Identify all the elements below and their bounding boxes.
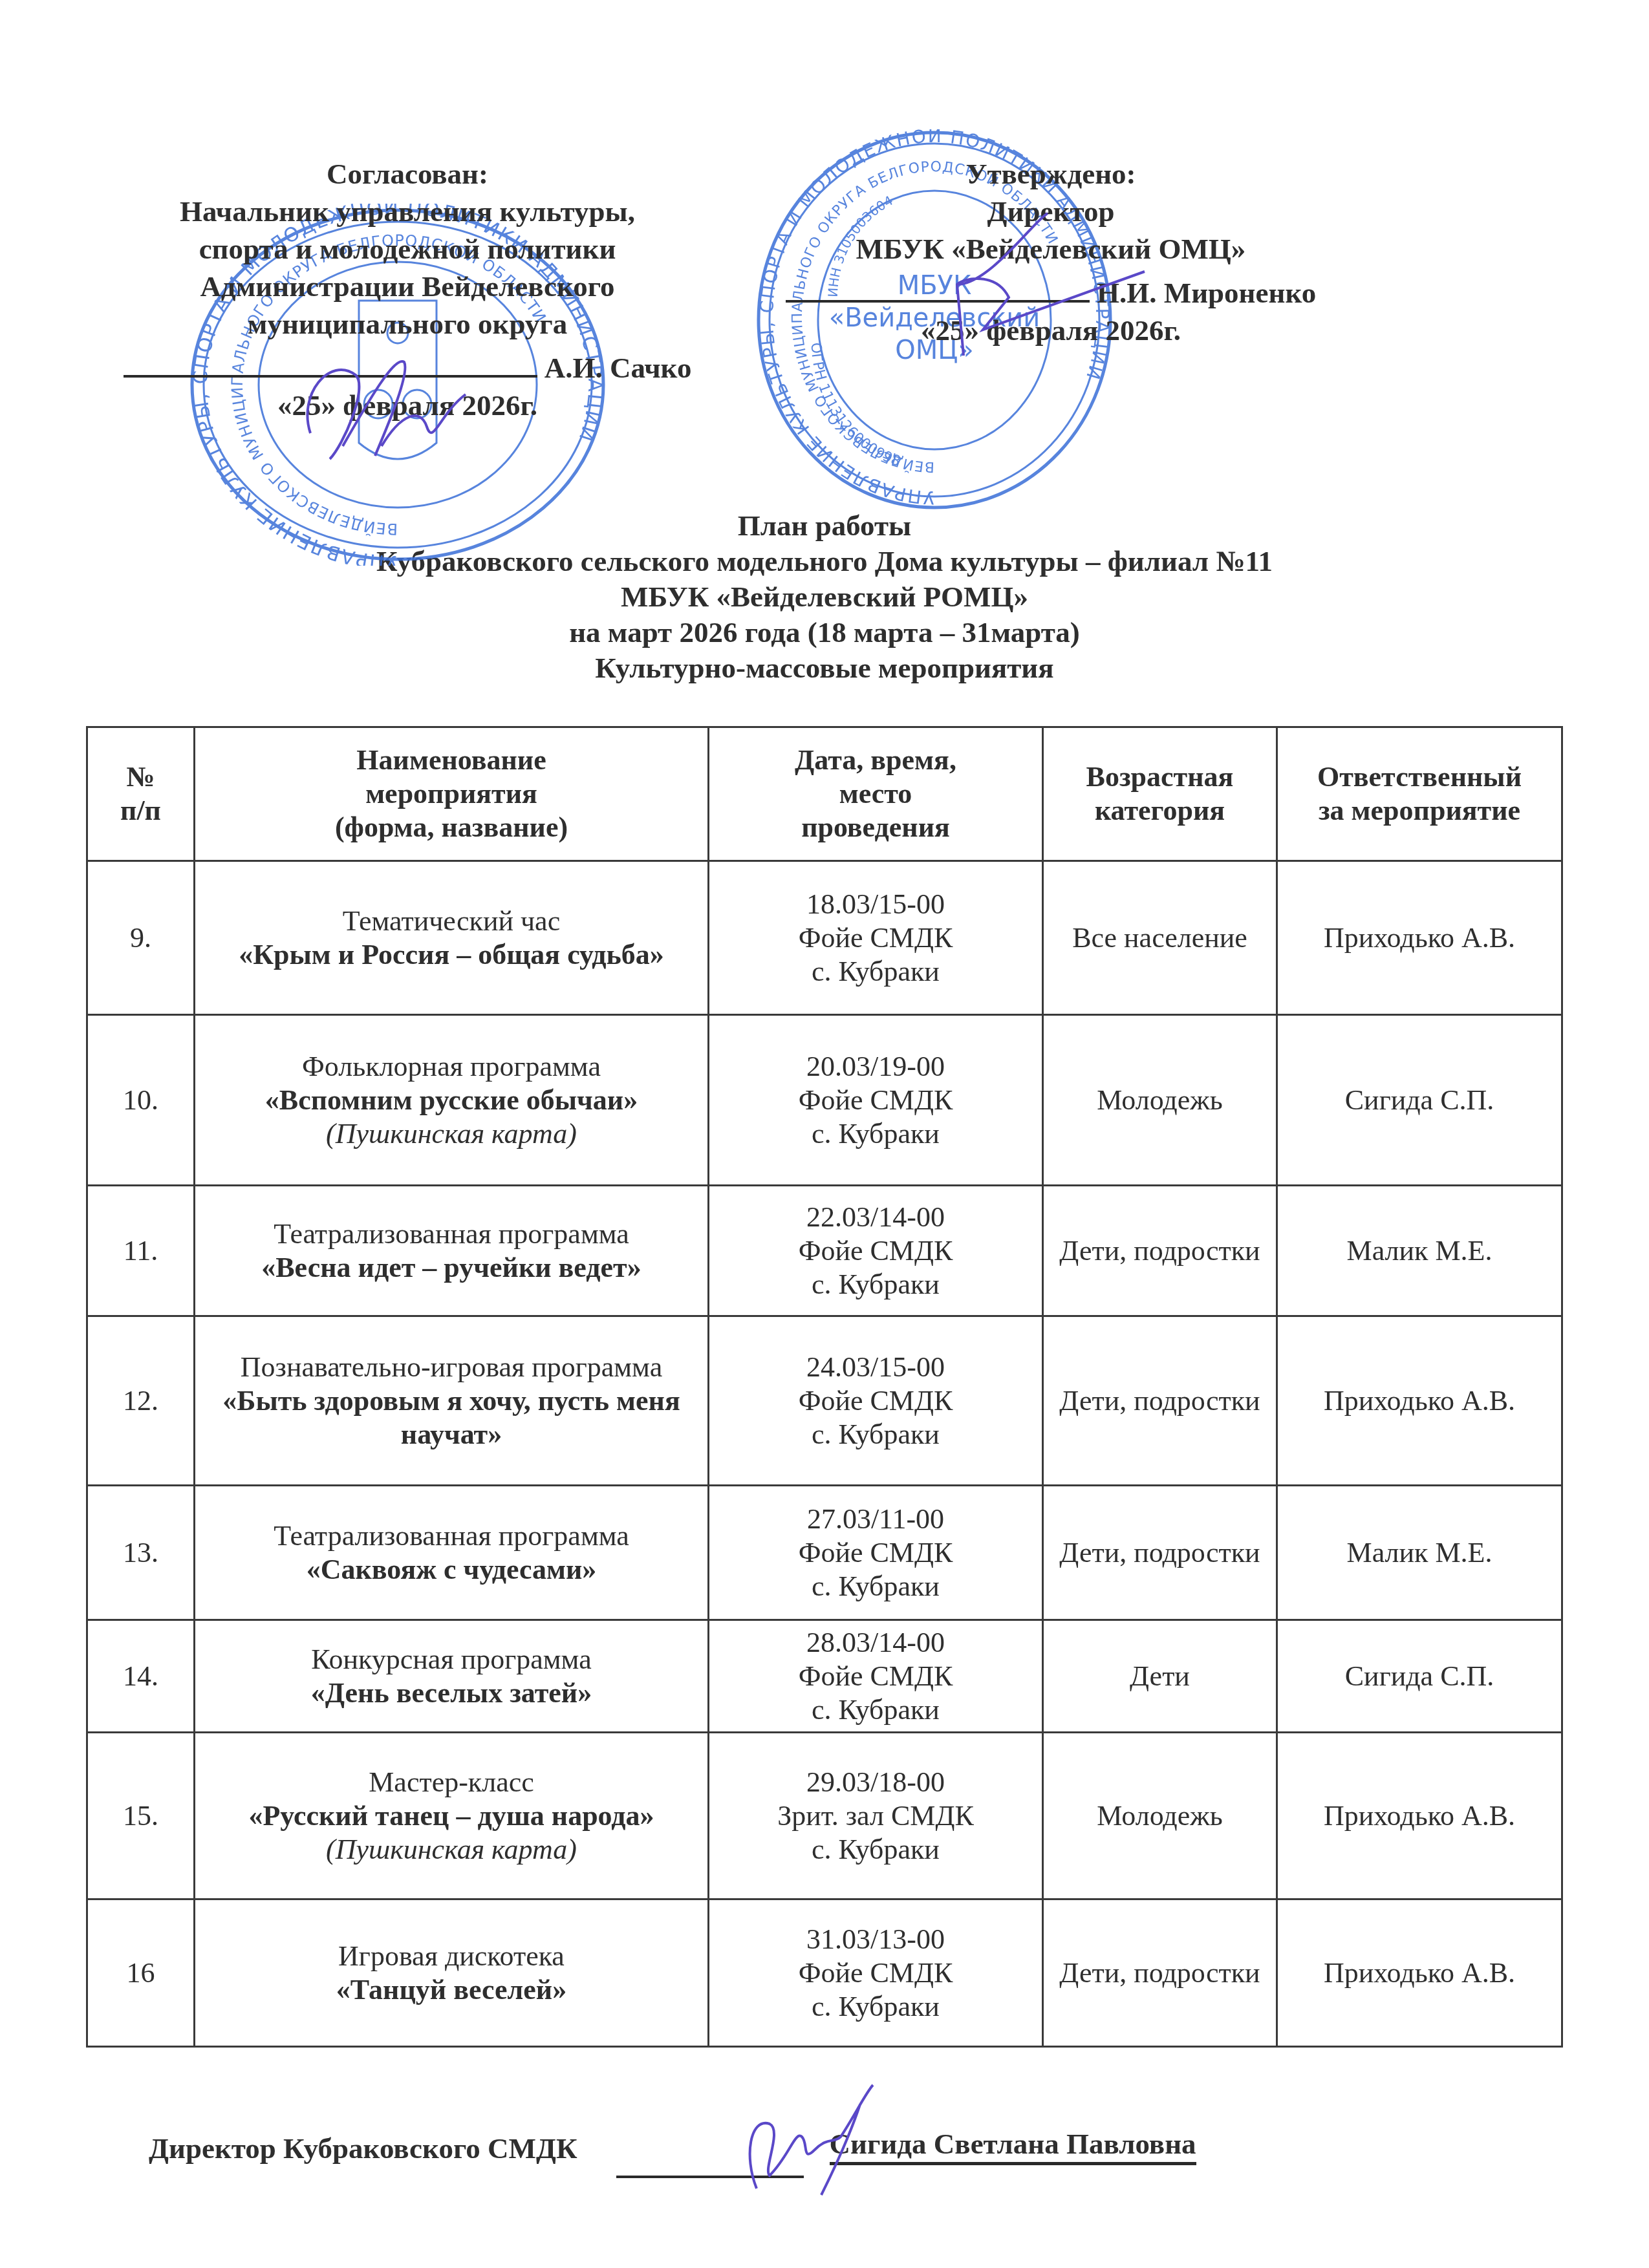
cell-responsible: Приходько А.В. — [1277, 1316, 1562, 1486]
cell-event: Тематический час «Крым и Россия – общая … — [195, 861, 709, 1015]
event-note: (Пушкинская карта) — [199, 1117, 704, 1151]
table-row: 12. Познавательно-игровая программа «Быт… — [87, 1316, 1562, 1486]
event-village: с. Кубраки — [713, 1117, 1038, 1151]
cell-age: Все население — [1072, 922, 1247, 954]
approval-left-heading: Согласован: — [97, 155, 718, 193]
cell-num: 11. — [124, 1235, 158, 1267]
cell-age-category: Дети, подростки — [1043, 1316, 1277, 1486]
cell-num: 15. — [123, 1800, 158, 1832]
cell-number: 12. — [87, 1316, 195, 1486]
header-number: №п/п — [87, 727, 195, 861]
cell-age-category: Все население — [1043, 861, 1277, 1015]
cell-responsible: Приходько А.В. — [1277, 1899, 1562, 2047]
cell-age-category: Дети, подростки — [1043, 1899, 1277, 2047]
cell-datetime-place: 18.03/15-00 Фойе СМДК с. Кубраки — [709, 861, 1043, 1015]
approval-left-signatory: А.И. Сачко — [544, 352, 692, 384]
title-line-3: МБУК «Вейделевский РОМЦ» — [97, 579, 1552, 615]
cell-number: 10. — [87, 1015, 195, 1186]
header-responsible: Ответственныйза мероприятие — [1277, 727, 1562, 861]
cell-responsible: Приходько А.В. — [1324, 1385, 1515, 1417]
cell-datetime-place: 29.03/18-00 Зрит. зал СМДК с. Кубраки — [709, 1733, 1043, 1899]
event-village: с. Кубраки — [713, 1990, 1038, 2024]
event-form: Конкурсная программа — [199, 1643, 704, 1676]
event-form: Тематический час — [199, 904, 704, 938]
cell-number: 13. — [87, 1486, 195, 1620]
handwritten-signature-left-icon — [272, 317, 479, 478]
footer-role: Директор Кубраковского СМДК — [149, 2132, 577, 2165]
cell-responsible: Приходько А.В. — [1324, 922, 1515, 954]
event-village: с. Кубраки — [713, 1268, 1038, 1301]
event-place: Фойе СМДК — [713, 921, 1038, 955]
cell-event: Театрализованная программа «Весна идет –… — [195, 1186, 709, 1316]
event-title: «Саквояж с чудесами» — [199, 1553, 704, 1587]
event-place: Фойе СМДК — [713, 1084, 1038, 1117]
event-title: «Весна идет – ручейки ведет» — [199, 1251, 704, 1285]
cell-age-category: Дети — [1043, 1620, 1277, 1733]
cell-age: Молодежь — [1097, 1084, 1223, 1116]
event-title: «Вспомним русские обычаи» — [199, 1084, 704, 1117]
cell-datetime-place: 20.03/19-00 Фойе СМДК с. Кубраки — [709, 1015, 1043, 1186]
cell-age: Дети — [1130, 1660, 1190, 1692]
event-form: Мастер-класс — [199, 1766, 704, 1799]
cell-age-category: Молодежь — [1043, 1015, 1277, 1186]
event-village: с. Кубраки — [713, 955, 1038, 989]
event-datetime: 27.03/11-00 — [713, 1503, 1038, 1536]
cell-responsible: Приходько А.В. — [1277, 1733, 1562, 1899]
event-datetime: 18.03/15-00 — [713, 888, 1038, 921]
header-age-category: Возрастнаякатегория — [1043, 727, 1277, 861]
cell-number: 9. — [87, 861, 195, 1015]
cell-num: 16 — [127, 1957, 155, 1989]
event-form: Театрализованная программа — [199, 1519, 704, 1553]
event-form: Игровая дискотека — [199, 1940, 704, 1973]
event-datetime: 20.03/19-00 — [713, 1050, 1038, 1084]
table-row: 15. Мастер-класс «Русский танец – душа н… — [87, 1733, 1562, 1899]
table-row: 11. Театрализованная программа «Весна ид… — [87, 1186, 1562, 1316]
cell-age-category: Молодежь — [1043, 1733, 1277, 1899]
cell-datetime-place: 27.03/11-00 Фойе СМДК с. Кубраки — [709, 1486, 1043, 1620]
cell-num: 10. — [123, 1084, 158, 1116]
cell-responsible: Малик М.Е. — [1347, 1537, 1493, 1568]
table-row: 14. Конкурсная программа «День веселых з… — [87, 1620, 1562, 1733]
event-title: «День веселых затей» — [199, 1676, 704, 1710]
cell-responsible: Малик М.Е. — [1277, 1186, 1562, 1316]
cell-event: Игровая дискотека «Танцуй веселей» — [195, 1899, 709, 2047]
event-datetime: 29.03/18-00 — [713, 1766, 1038, 1799]
cell-responsible: Сигида С.П. — [1277, 1015, 1562, 1186]
table-row: 10. Фольклорная программа «Вспомним русс… — [87, 1015, 1562, 1186]
table-header-row: №п/п Наименованиемероприятия(форма, назв… — [87, 727, 1562, 861]
cell-responsible: Сигида С.П. — [1345, 1084, 1494, 1116]
cell-responsible: Сигида С.П. — [1277, 1620, 1562, 1733]
event-title: «Русский танец – душа народа» — [199, 1799, 704, 1833]
event-place: Фойе СМДК — [713, 1660, 1038, 1693]
cell-num: 14. — [123, 1660, 158, 1692]
cell-number: 11. — [87, 1186, 195, 1316]
table-row: 16 Игровая дискотека «Танцуй веселей» 31… — [87, 1899, 1562, 2047]
handwritten-signature-right-icon — [886, 207, 1158, 375]
title-line-5: Культурно-массовые мероприятия — [97, 650, 1552, 686]
event-title: «Танцуй веселей» — [199, 1973, 704, 2007]
event-place: Зрит. зал СМДК — [713, 1799, 1038, 1833]
event-village: с. Кубраки — [713, 1418, 1038, 1451]
event-title: «Крым и Россия – общая судьба» — [199, 938, 704, 972]
cell-responsible: Приходько А.В. — [1324, 1800, 1515, 1832]
events-table: №п/п Наименованиемероприятия(форма, назв… — [86, 726, 1563, 2048]
cell-responsible: Малик М.Е. — [1347, 1235, 1493, 1267]
cell-responsible: Приходько А.В. — [1324, 1957, 1515, 1989]
cell-age: Молодежь — [1097, 1800, 1223, 1832]
event-place: Фойе СМДК — [713, 1384, 1038, 1418]
event-place: Фойе СМДК — [713, 1234, 1038, 1268]
cell-event: Мастер-класс «Русский танец – душа народ… — [195, 1733, 709, 1899]
approval-left-position-1: Начальник управления культуры, — [97, 193, 718, 230]
event-datetime: 22.03/14-00 — [713, 1201, 1038, 1234]
event-village: с. Кубраки — [713, 1833, 1038, 1867]
cell-event: Познавательно-игровая программа «Быть зд… — [195, 1316, 709, 1486]
cell-age-category: Дети, подростки — [1043, 1486, 1277, 1620]
event-place: Фойе СМДК — [713, 1956, 1038, 1990]
cell-datetime-place: 24.03/15-00 Фойе СМДК с. Кубраки — [709, 1316, 1043, 1486]
event-form: Фольклорная программа — [199, 1050, 704, 1084]
event-title: «Быть здоровым я хочу, пусть меня научат… — [199, 1384, 704, 1451]
title-line-4: на март 2026 года (18 марта – 31марта) — [97, 615, 1552, 650]
cell-event: Театрализованная программа «Саквояж с чу… — [195, 1486, 709, 1620]
cell-num: 13. — [123, 1537, 158, 1568]
cell-event: Фольклорная программа «Вспомним русские … — [195, 1015, 709, 1186]
cell-age-category: Дети, подростки — [1043, 1186, 1277, 1316]
cell-datetime-place: 31.03/13-00 Фойе СМДК с. Кубраки — [709, 1899, 1043, 2047]
event-village: с. Кубраки — [713, 1570, 1038, 1603]
event-datetime: 28.03/14-00 — [713, 1626, 1038, 1660]
cell-responsible: Приходько А.В. — [1277, 861, 1562, 1015]
cell-number: 16 — [87, 1899, 195, 2047]
event-village: с. Кубраки — [713, 1693, 1038, 1727]
cell-age: Дети, подростки — [1059, 1235, 1260, 1267]
cell-number: 14. — [87, 1620, 195, 1733]
approval-left-position-2: спорта и молодежной политики — [97, 230, 718, 268]
approval-right-heading: Утверждено: — [744, 155, 1358, 193]
approval-left-position-3: Администрации Вейделевского — [97, 268, 718, 305]
handwritten-signature-footer-icon — [731, 2079, 886, 2201]
cell-datetime-place: 22.03/14-00 Фойе СМДК с. Кубраки — [709, 1186, 1043, 1316]
cell-num: 12. — [123, 1385, 158, 1417]
table-row: 9. Тематический час «Крым и Россия – общ… — [87, 861, 1562, 1015]
cell-event: Конкурсная программа «День веселых затей… — [195, 1620, 709, 1733]
event-datetime: 31.03/13-00 — [713, 1923, 1038, 1956]
cell-age: Дети, подростки — [1059, 1537, 1260, 1568]
header-event-name: Наименованиемероприятия(форма, название) — [195, 727, 709, 861]
header-datetime-place: Дата, время,местопроведения — [709, 727, 1043, 861]
cell-datetime-place: 28.03/14-00 Фойе СМДК с. Кубраки — [709, 1620, 1043, 1733]
cell-age: Дети, подростки — [1059, 1385, 1260, 1417]
table-row: 13. Театрализованная программа «Саквояж … — [87, 1486, 1562, 1620]
event-form: Театрализованная программа — [199, 1217, 704, 1251]
cell-age: Дети, подростки — [1059, 1957, 1260, 1989]
event-place: Фойе СМДК — [713, 1536, 1038, 1570]
event-datetime: 24.03/15-00 — [713, 1351, 1038, 1384]
cell-responsible: Малик М.Е. — [1277, 1486, 1562, 1620]
cell-num: 9. — [130, 922, 151, 954]
event-note: (Пушкинская карта) — [199, 1833, 704, 1867]
event-form: Познавательно-игровая программа — [199, 1351, 704, 1384]
cell-number: 15. — [87, 1733, 195, 1899]
cell-responsible: Сигида С.П. — [1345, 1660, 1494, 1692]
